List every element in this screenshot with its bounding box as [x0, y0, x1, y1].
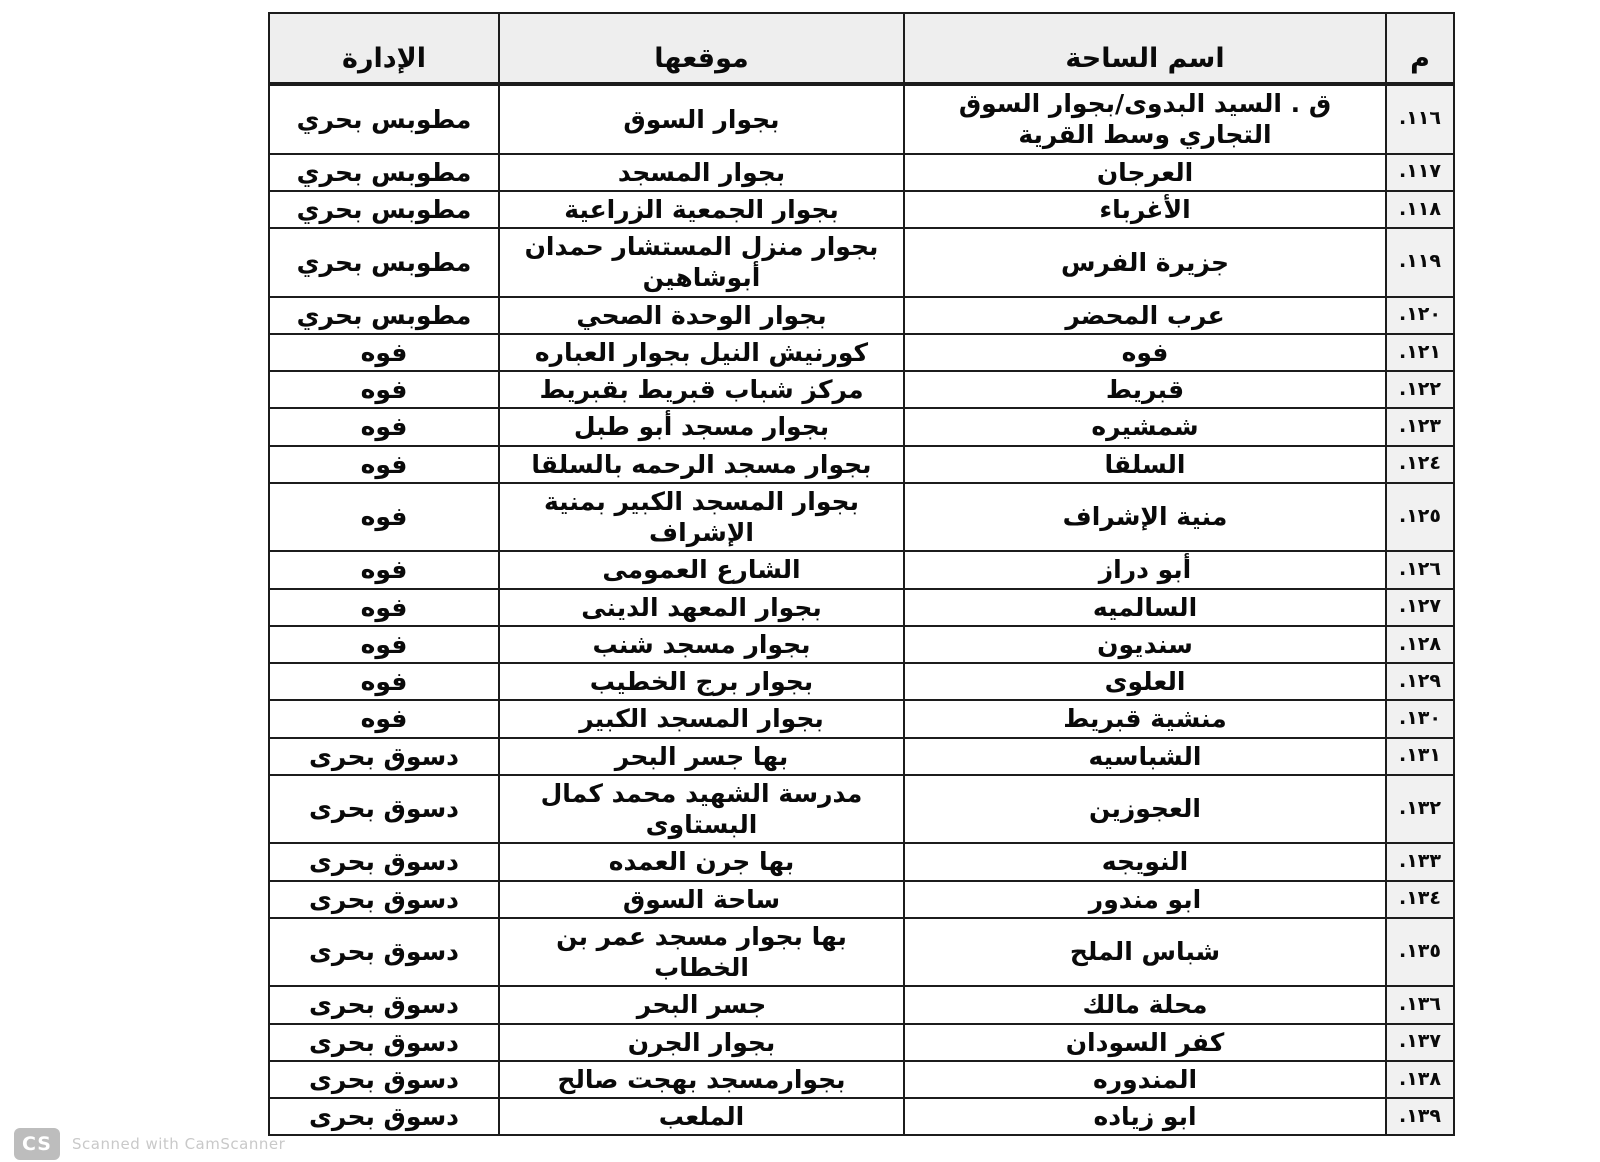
cell-square-name: قبريط: [904, 371, 1386, 408]
cell-administration: فوه: [269, 626, 499, 663]
table-row: ١٣٨. المندوره بجوارمسجد بهجت صالح دسوق ب…: [269, 1061, 1454, 1098]
cell-number: ١١٧.: [1386, 154, 1454, 191]
cell-square-name: منشية قبريط: [904, 700, 1386, 737]
cell-square-name: السالميه: [904, 589, 1386, 626]
table-row: ١١٨. الأغرباء بجوار الجمعية الزراعية مطو…: [269, 191, 1454, 228]
cell-number: ١٢٩.: [1386, 663, 1454, 700]
cell-square-name: العلوى: [904, 663, 1386, 700]
table-row: ١٣٤. ابو مندور ساحة السوق دسوق بحرى: [269, 881, 1454, 918]
cell-square-name: السلقا: [904, 446, 1386, 483]
table-row: ١٢٩. العلوى بجوار برج الخطيب فوه: [269, 663, 1454, 700]
cell-number: ١٣٧.: [1386, 1024, 1454, 1061]
cell-number: ١٢٣.: [1386, 408, 1454, 445]
cell-number: ١١٩.: [1386, 228, 1454, 297]
cell-number: ١٣٦.: [1386, 986, 1454, 1023]
cell-number: ١٣٤.: [1386, 881, 1454, 918]
table-header-row: م اسم الساحة موقعها الإدارة: [269, 13, 1454, 84]
table-row: ١٢٤. السلقا بجوار مسجد الرحمه بالسلقا فو…: [269, 446, 1454, 483]
cell-square-name: كفر السودان: [904, 1024, 1386, 1061]
cell-administration: فوه: [269, 371, 499, 408]
table-row: ١٣١. الشباسيه بها جسر البحر دسوق بحرى: [269, 738, 1454, 775]
cell-location: بها جسر البحر: [499, 738, 904, 775]
table-row: ١١٦. ق . السيد البدوى/بجوار السوق التجار…: [269, 84, 1454, 154]
table-row: ١٢٧. السالميه بجوار المعهد الدينى فوه: [269, 589, 1454, 626]
cell-administration: دسوق بحرى: [269, 775, 499, 844]
cell-square-name: محلة مالك: [904, 986, 1386, 1023]
table-row: ١٣٥. شباس الملح بها بجوار مسجد عمر بن ال…: [269, 918, 1454, 987]
cell-square-name: فوه: [904, 334, 1386, 371]
cell-location: بجوارمسجد بهجت صالح: [499, 1061, 904, 1098]
cell-location: بجوار الجرن: [499, 1024, 904, 1061]
cell-square-name: النويجه: [904, 843, 1386, 880]
cell-administration: فوه: [269, 483, 499, 552]
camscanner-logo-icon: CS: [14, 1128, 60, 1160]
cell-location: بجوار مسجد أبو طبل: [499, 408, 904, 445]
cell-square-name: جزيرة الفرس: [904, 228, 1386, 297]
header-square-name: اسم الساحة: [904, 13, 1386, 84]
cell-square-name: الأغرباء: [904, 191, 1386, 228]
cell-location: الشارع العمومى: [499, 551, 904, 588]
cell-number: ١٣٣.: [1386, 843, 1454, 880]
camscanner-text: Scanned with CamScanner: [72, 1135, 285, 1153]
table-row: ١٣٣. النويجه بها جرن العمده دسوق بحرى: [269, 843, 1454, 880]
cell-number: ١١٦.: [1386, 84, 1454, 154]
cell-administration: فوه: [269, 589, 499, 626]
table-row: ١٣٦. محلة مالك جسر البحر دسوق بحرى: [269, 986, 1454, 1023]
cell-administration: دسوق بحرى: [269, 918, 499, 987]
cell-number: ١٣٩.: [1386, 1098, 1454, 1135]
cell-administration: دسوق بحرى: [269, 986, 499, 1023]
cell-number: ١٢٦.: [1386, 551, 1454, 588]
cell-location: بها بجوار مسجد عمر بن الخطاب: [499, 918, 904, 987]
table-row: ١٣٠. منشية قبريط بجوار المسجد الكبير فوه: [269, 700, 1454, 737]
cell-location: بجوار المسجد الكبير: [499, 700, 904, 737]
cell-square-name: المندوره: [904, 1061, 1386, 1098]
cell-number: ١٢١.: [1386, 334, 1454, 371]
table-row: ١٢١. فوه كورنيش النيل بجوار العباره فوه: [269, 334, 1454, 371]
cell-square-name: ابو مندور: [904, 881, 1386, 918]
cell-number: ١٢٤.: [1386, 446, 1454, 483]
cell-administration: مطوبس بحري: [269, 191, 499, 228]
cell-administration: فوه: [269, 334, 499, 371]
cell-square-name: ابو زياده: [904, 1098, 1386, 1135]
cell-number: ١٣٥.: [1386, 918, 1454, 987]
cell-administration: مطوبس بحري: [269, 297, 499, 334]
table-row: ١٢٢. قبريط مركز شباب قبريط بقبريط فوه: [269, 371, 1454, 408]
cell-location: بجوار السوق: [499, 84, 904, 154]
header-location: موقعها: [499, 13, 904, 84]
cell-administration: مطوبس بحري: [269, 84, 499, 154]
table-row: ١٢٦. أبو دراز الشارع العمومى فوه: [269, 551, 1454, 588]
cell-location: ساحة السوق: [499, 881, 904, 918]
cell-location: بجوار الجمعية الزراعية: [499, 191, 904, 228]
cell-administration: دسوق بحرى: [269, 1061, 499, 1098]
cell-administration: مطوبس بحري: [269, 154, 499, 191]
cell-number: ١٢٧.: [1386, 589, 1454, 626]
cell-administration: دسوق بحرى: [269, 881, 499, 918]
cell-administration: فوه: [269, 663, 499, 700]
cell-location: مدرسة الشهيد محمد كمال البستاوى: [499, 775, 904, 844]
cell-square-name: أبو دراز: [904, 551, 1386, 588]
cell-number: ١٢٠.: [1386, 297, 1454, 334]
camscanner-watermark: CS Scanned with CamScanner: [14, 1128, 285, 1160]
cell-location: بجوار المسجد الكبير بمنية الإشراف: [499, 483, 904, 552]
table-row: ١١٧. العرجان بجوار المسجد مطوبس بحري: [269, 154, 1454, 191]
cell-square-name: العجوزين: [904, 775, 1386, 844]
cell-number: ١٢٥.: [1386, 483, 1454, 552]
cell-square-name: شمشيره: [904, 408, 1386, 445]
cell-location: بها جرن العمده: [499, 843, 904, 880]
cell-location: جسر البحر: [499, 986, 904, 1023]
cell-square-name: سنديون: [904, 626, 1386, 663]
cell-square-name: شباس الملح: [904, 918, 1386, 987]
cell-location: بجوار مسجد الرحمه بالسلقا: [499, 446, 904, 483]
table-row: ١٢٣. شمشيره بجوار مسجد أبو طبل فوه: [269, 408, 1454, 445]
table-row: ١٣٩. ابو زياده الملعب دسوق بحرى: [269, 1098, 1454, 1135]
cell-location: بجوار برج الخطيب: [499, 663, 904, 700]
cell-square-name: ق . السيد البدوى/بجوار السوق التجاري وسط…: [904, 84, 1386, 154]
cell-administration: دسوق بحرى: [269, 1024, 499, 1061]
table-row: ١١٩. جزيرة الفرس بجوار منزل المستشار حمد…: [269, 228, 1454, 297]
table-row: ١٢٨. سنديون بجوار مسجد شنب فوه: [269, 626, 1454, 663]
table-row: ١٢٥. منية الإشراف بجوار المسجد الكبير بم…: [269, 483, 1454, 552]
table-row: ١٢٠. عرب المحضر بجوار الوحدة الصحي مطوبس…: [269, 297, 1454, 334]
cell-location: كورنيش النيل بجوار العباره: [499, 334, 904, 371]
cell-administration: دسوق بحرى: [269, 843, 499, 880]
cell-number: ١٣٨.: [1386, 1061, 1454, 1098]
cell-administration: فوه: [269, 700, 499, 737]
squares-table: م اسم الساحة موقعها الإدارة ١١٦. ق . الس…: [268, 12, 1455, 1136]
cell-square-name: منية الإشراف: [904, 483, 1386, 552]
header-number: م: [1386, 13, 1454, 84]
cell-number: ١٣٠.: [1386, 700, 1454, 737]
cell-number: ١٣١.: [1386, 738, 1454, 775]
cell-number: ١١٨.: [1386, 191, 1454, 228]
cell-administration: فوه: [269, 551, 499, 588]
cell-administration: فوه: [269, 446, 499, 483]
cell-square-name: العرجان: [904, 154, 1386, 191]
cell-number: ١٣٢.: [1386, 775, 1454, 844]
header-administration: الإدارة: [269, 13, 499, 84]
table-row: ١٣٧. كفر السودان بجوار الجرن دسوق بحرى: [269, 1024, 1454, 1061]
cell-square-name: عرب المحضر: [904, 297, 1386, 334]
cell-location: مركز شباب قبريط بقبريط: [499, 371, 904, 408]
cell-location: بجوار مسجد شنب: [499, 626, 904, 663]
cell-number: ١٢٨.: [1386, 626, 1454, 663]
cell-location: بجوار المعهد الدينى: [499, 589, 904, 626]
cell-administration: مطوبس بحري: [269, 228, 499, 297]
cell-location: الملعب: [499, 1098, 904, 1135]
camscanner-logo-letters: CS: [22, 1133, 52, 1155]
cell-square-name: الشباسيه: [904, 738, 1386, 775]
cell-location: بجوار منزل المستشار حمدان أبوشاهين: [499, 228, 904, 297]
cell-number: ١٢٢.: [1386, 371, 1454, 408]
table-row: ١٣٢. العجوزين مدرسة الشهيد محمد كمال الب…: [269, 775, 1454, 844]
cell-location: بجوار المسجد: [499, 154, 904, 191]
cell-administration: دسوق بحرى: [269, 738, 499, 775]
cell-administration: دسوق بحرى: [269, 1098, 499, 1135]
cell-administration: فوه: [269, 408, 499, 445]
cell-location: بجوار الوحدة الصحي: [499, 297, 904, 334]
